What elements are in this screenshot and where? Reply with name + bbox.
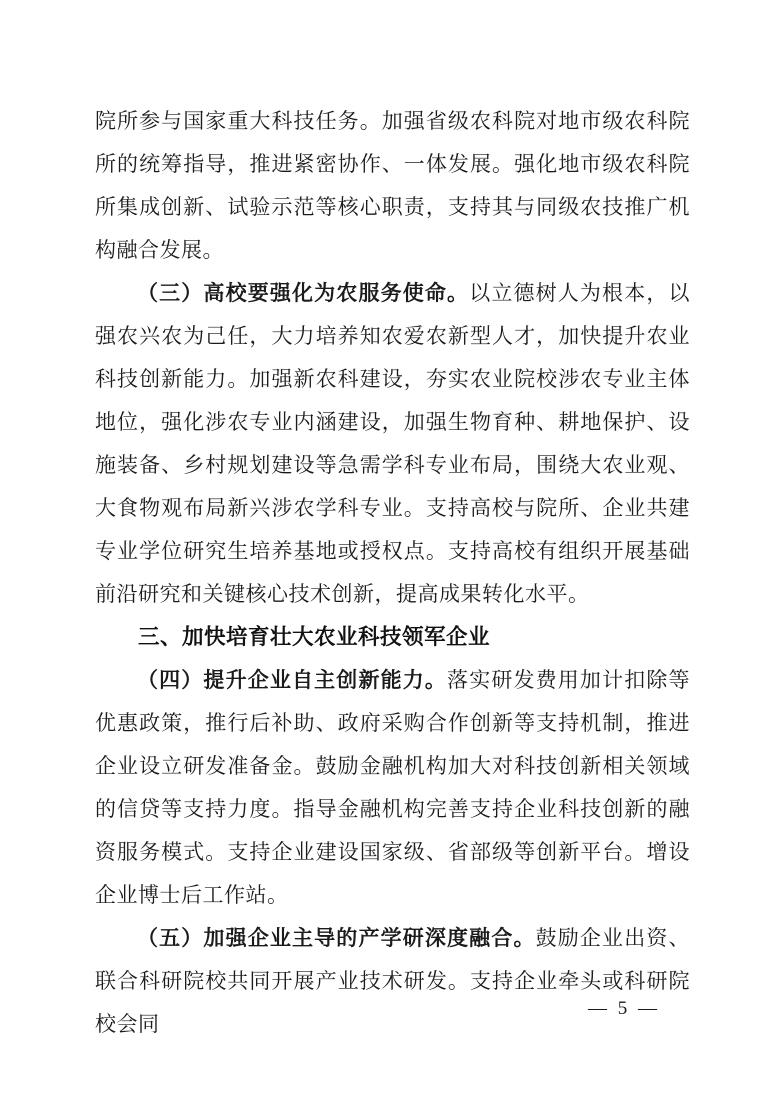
paragraph-text: 落实研发费用加计扣除等优惠政策，推行后补助、政府采购合作创新等支持机制，推进企业… [95, 668, 690, 907]
document-page: 院所参与国家重大科技任务。加强省级农科院对地市级农科院所的统筹指导，推进紧密协作… [0, 0, 781, 1103]
paragraph-lead: （五）加强企业主导的产学研深度融合。 [137, 926, 536, 950]
paragraph-section-4: （四）提升企业自主创新能力。落实研发费用加计扣除等优惠政策，推行后补助、政府采购… [95, 659, 690, 917]
page-number: — 5 — [588, 998, 660, 1020]
paragraph-section-5: （五）加强企业主导的产学研深度融合。鼓励企业出资、联合科研院校共同开展产业技术研… [95, 917, 690, 1046]
document-body: 院所参与国家重大科技任务。加强省级农科院对地市级农科院所的统筹指导，推进紧密协作… [95, 100, 690, 1046]
paragraph-lead: （三）高校要强化为农服务使命。 [137, 281, 469, 305]
paragraph-lead: （四）提升企业自主创新能力。 [137, 668, 447, 692]
paragraph-section-3: （三）高校要强化为农服务使命。以立德树人为根本，以强农兴农为己任，大力培养知农爱… [95, 272, 690, 616]
section-heading: 三、加快培育壮大农业科技领军企业 [95, 616, 690, 659]
paragraph-continuation: 院所参与国家重大科技任务。加强省级农科院对地市级农科院所的统筹指导，推进紧密协作… [95, 100, 690, 272]
paragraph-text: 以立德树人为根本，以强农兴农为己任，大力培养知农爱农新型人才，加快提升农业科技创… [95, 281, 690, 606]
